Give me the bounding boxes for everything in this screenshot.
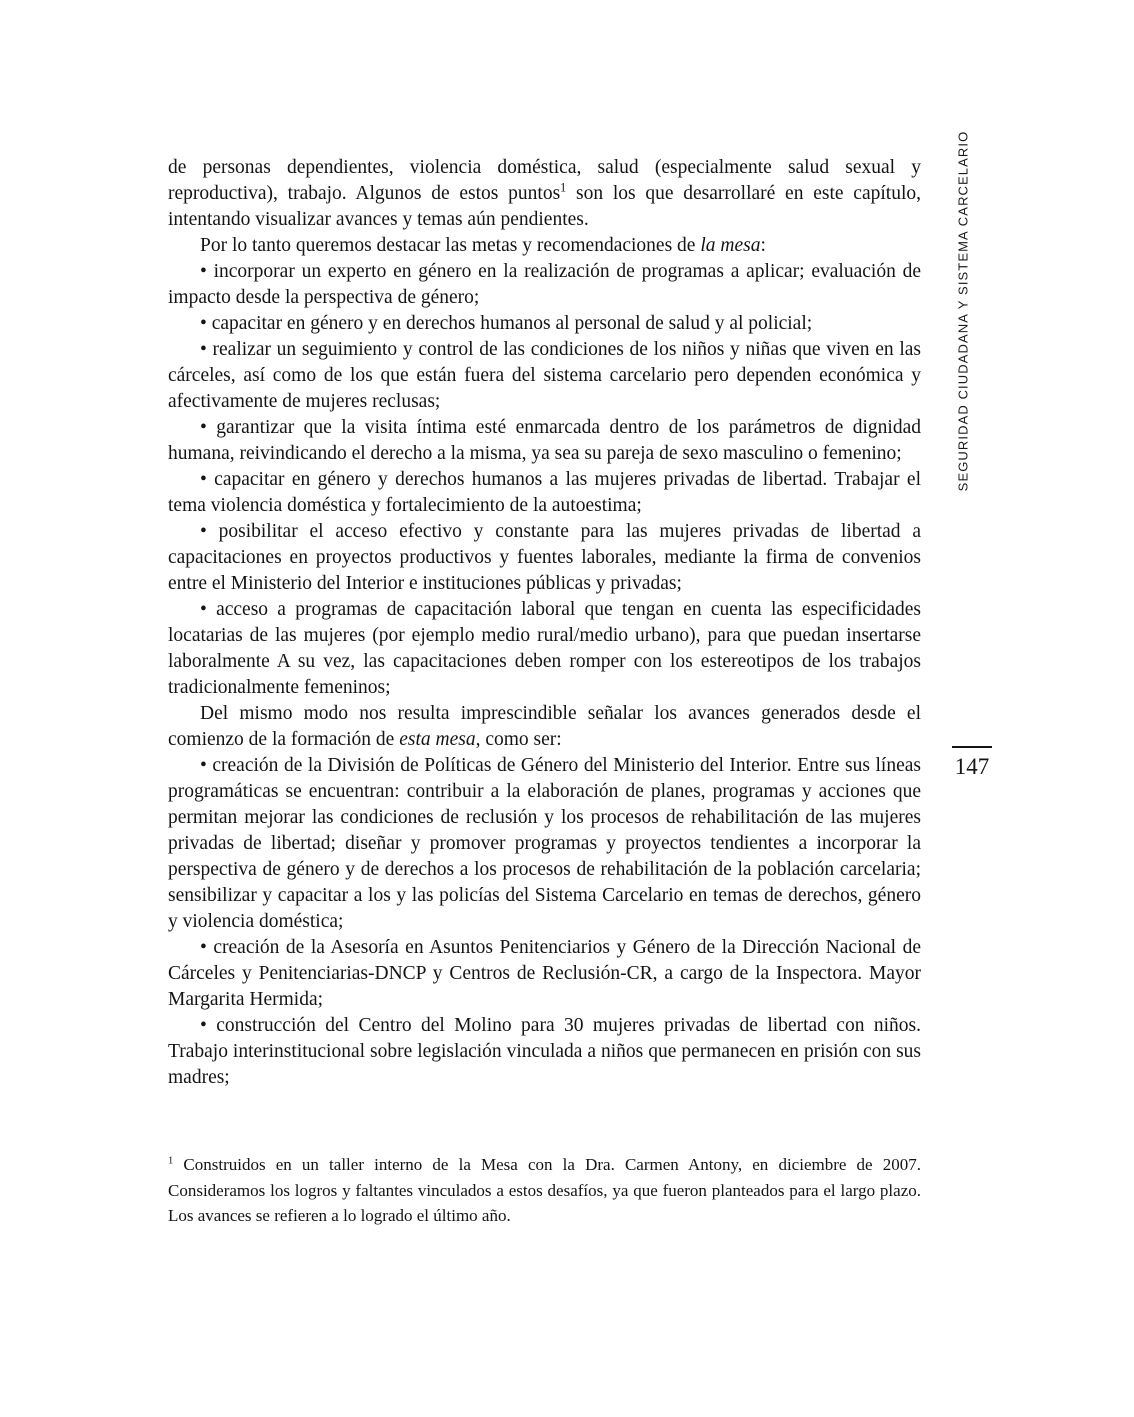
page-number: 147 (952, 748, 992, 780)
text-segment: • creación de la División de Políticas d… (168, 755, 921, 932)
text-segment: • posibilitar el acceso efectivo y const… (168, 521, 921, 594)
footnote: 1 Construidos en un taller interno de la… (168, 1152, 921, 1229)
bullet-item: • acceso a programas de capacitación lab… (168, 597, 921, 701)
page-number-block: 147 (952, 746, 992, 780)
bullet-item: • creación de la División de Políticas d… (168, 753, 921, 935)
paragraph: Del mismo modo nos resulta imprescindibl… (168, 701, 921, 753)
text-segment: , como ser: (476, 729, 562, 750)
bullet-item: • construcción del Centro del Molino par… (168, 1013, 921, 1091)
sidebar-vertical-label: SEGURIDAD CIUDADANA Y SISTEMA CARCELARIO (956, 131, 971, 492)
document-page: de personas dependientes, violencia domé… (0, 0, 1134, 1417)
bullet-item: • posibilitar el acceso efectivo y const… (168, 519, 921, 597)
text-segment: • garantizar que la visita íntima esté e… (168, 417, 921, 464)
text-segment: • incorporar un experto en género en la … (168, 261, 921, 308)
text-segment: • construcción del Centro del Molino par… (168, 1015, 921, 1088)
bullet-item: • garantizar que la visita íntima esté e… (168, 415, 921, 467)
text-segment: esta mesa (399, 729, 475, 750)
bullet-item: • capacitar en género y en derechos huma… (168, 311, 921, 337)
text-segment: la mesa (700, 235, 760, 256)
bullet-item: • incorporar un experto en género en la … (168, 259, 921, 311)
body-text: de personas dependientes, violencia domé… (168, 155, 921, 1091)
paragraph: Por lo tanto queremos destacar las metas… (168, 233, 921, 259)
text-segment: • acceso a programas de capacitación lab… (168, 599, 921, 698)
bullet-item: • creación de la Asesoría en Asuntos Pen… (168, 935, 921, 1013)
text-segment: • capacitar en género y en derechos huma… (200, 313, 812, 334)
bullet-item: • capacitar en género y derechos humanos… (168, 467, 921, 519)
bullet-item: • realizar un seguimiento y control de l… (168, 337, 921, 415)
text-segment: Por lo tanto queremos destacar las metas… (200, 235, 700, 256)
footnote-text: Construidos en un taller interno de la M… (168, 1155, 921, 1225)
text-segment: • realizar un seguimiento y control de l… (168, 339, 921, 412)
paragraph: de personas dependientes, violencia domé… (168, 155, 921, 233)
text-segment: : (760, 235, 765, 256)
text-segment: • creación de la Asesoría en Asuntos Pen… (168, 937, 921, 1010)
text-segment: • capacitar en género y derechos humanos… (168, 469, 921, 516)
